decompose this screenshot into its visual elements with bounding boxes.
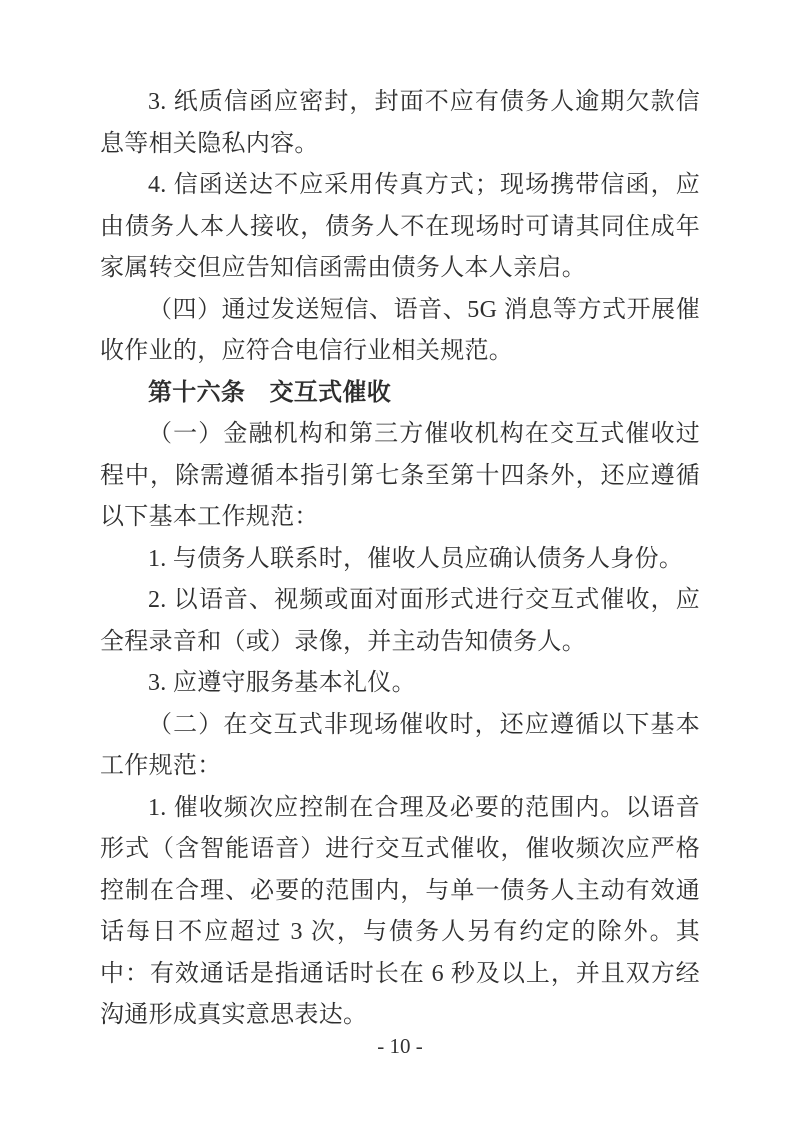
- paragraph-item-2-recording: 2. 以语音、视频或面对面形式进行交互式催收，应全程录音和（或）录像，并主动告知…: [100, 580, 700, 663]
- paragraph-clause-1-interactive-collection: （一）金融机构和第三方催收机构在交互式催收过程中，除需遵循本指引第七条至第十四条…: [100, 414, 700, 539]
- paragraph-clause-2-offsite-collection: （二）在交互式非现场催收时，还应遵循以下基本工作规范：: [100, 705, 700, 788]
- paragraph-item-3-letters-sealed: 3. 纸质信函应密封，封面不应有债务人逾期欠款信息等相关隐私内容。: [100, 82, 700, 165]
- document-page: 3. 纸质信函应密封，封面不应有债务人逾期欠款信息等相关隐私内容。 4. 信函送…: [0, 0, 800, 1130]
- paragraph-item-3-etiquette: 3. 应遵守服务基本礼仪。: [100, 663, 700, 705]
- paragraph-item-1-identity-confirmation: 1. 与债务人联系时，催收人员应确认债务人身份。: [100, 539, 700, 581]
- page-number: - 10 -: [0, 1034, 800, 1059]
- paragraph-item-4-letter-delivery: 4. 信函送达不应采用传真方式；现场携带信函，应由债务人本人接收，债务人不在现场…: [100, 165, 700, 290]
- paragraph-clause-4-sms-voice-5g: （四）通过发送短信、语音、5G 消息等方式开展催收作业的，应符合电信行业相关规范…: [100, 290, 700, 373]
- article-16-heading: 第十六条 交互式催收: [100, 373, 700, 415]
- paragraph-item-1-call-frequency: 1. 催收频次应控制在合理及必要的范围内。以语音形式（含智能语音）进行交互式催收…: [100, 788, 700, 1037]
